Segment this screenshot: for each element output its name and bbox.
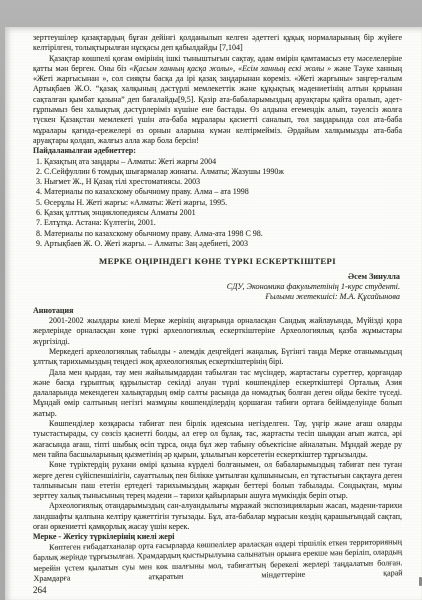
annotation-heading: Аннотация [33, 306, 402, 316]
reference-item: 9. Артықбаев Ж. О. Жеті жарғы. – Алматы:… [36, 239, 402, 249]
annotation-paragraph: Дала мен қырдан, тау мен жайылымдардан т… [33, 368, 402, 419]
author-advisor: Ғылыми жетекшісі: М.А. Құсайынова [33, 292, 400, 302]
reference-item: 2. С.Сейфуллин 6 томдық шығармалар жинағ… [36, 167, 402, 177]
references-heading: Пайдаланылған әдебиеттер: [33, 146, 402, 156]
annotation-paragraph: Көне түріктердің рухани өмірі қазына күр… [33, 460, 402, 501]
reference-item: 4. Материалы по казахскому обычному прав… [36, 187, 402, 197]
reference-item: 3. Нығмет Ж., Н Қазақ тілі хрестоматиясы… [36, 177, 402, 187]
reference-item: 7. Елтұтқа. Астана: Күлтегін, 2001. [36, 218, 402, 228]
reference-item: 8. Материалы по казахскому обычному прав… [36, 229, 402, 239]
reference-item: 5. Өсерұлы Н. Жеті жарғы: «Алматы: Жеті … [36, 198, 402, 208]
reference-item: 1. Қазақтың ата заңдары – Алматы: Жеті ж… [36, 157, 402, 167]
intro-paragraph-1: зерттеушілер қазақтардың бұған дейінгі қ… [33, 33, 402, 54]
annotation-paragraph: 2001-2002 жылдары киелі Мерке жерінің аң… [33, 316, 402, 347]
scanned-page: зерттеушілер қазақтардың бұған дейінгі қ… [0, 0, 422, 600]
intro-paragraph-2-rest: және Тәуке ханның «Жеті жарғысынан », со… [33, 64, 402, 145]
intro-paragraph-2: Қазақтар көшпелі қоғам өмірінің ішкі тын… [33, 54, 402, 147]
page-body: зерттеушілер қазақтардың бұған дейінгі қ… [5, 27, 422, 600]
author-block: Әсем Зинулла СДУ, Экономика факультетіні… [33, 272, 400, 303]
annotation-paragraph: Көшпенділер көзқарасы табиғат пен бірлік… [33, 419, 402, 460]
reference-item: 6. Қазақ ұлттық энциклопедиясы Алматы 20… [36, 208, 402, 218]
author-affiliation: СДУ, Экономика факультетінің 1-курс студ… [33, 282, 400, 292]
references-list: 1. Қазақтың ата заңдары – Алматы: Жеті ж… [33, 157, 402, 250]
page-number: 264 [33, 585, 402, 595]
author-name: Әсем Зинулла [33, 272, 400, 282]
annotation-paragraph: Археологиялық отандарымыздың сан-алуанды… [33, 501, 402, 532]
article-title: МЕРКЕ ОҢІРІНДЕГІ КӨНЕ ТҮРКІ ЕСКЕРТКІШТЕР… [33, 256, 402, 266]
section-paragraph: Көптеген ғибадатханалар орта ғасырларда … [33, 537, 403, 584]
cited-laws-italic: «Қасым ханның қасқа жолы», «Есім ханның … [129, 64, 331, 73]
annotation-paragraph: Меркедегі археологиялық табылды - әлемді… [33, 347, 402, 368]
